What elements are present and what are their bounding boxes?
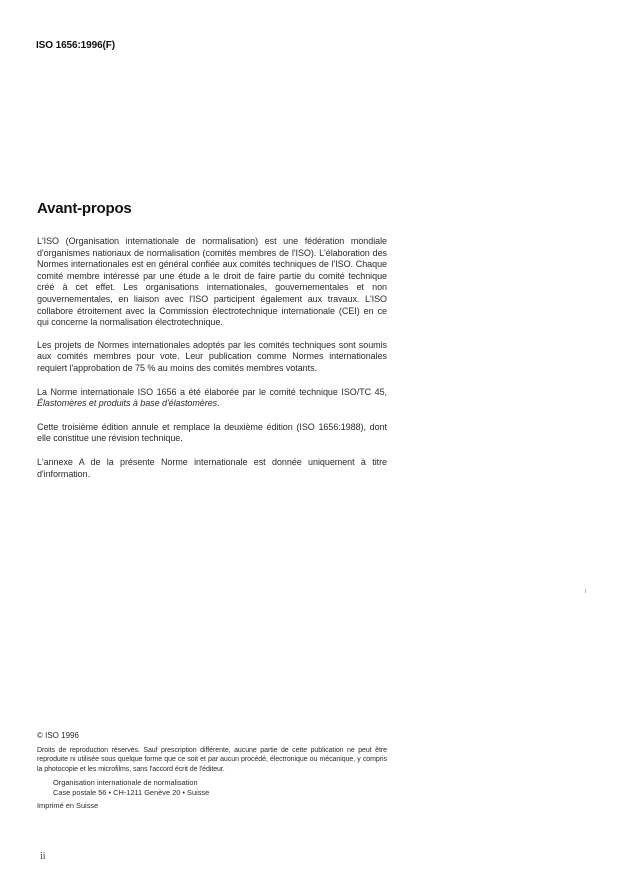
copyright-notice: © ISO 1996 — [37, 731, 387, 741]
foreword-paragraph-5: L'annexe A de la présente Norme internat… — [37, 457, 387, 480]
committee-title: Élastomères et produits à base d'élastom… — [37, 398, 217, 408]
foreword-paragraph-3: La Norme internationale ISO 1656 a été é… — [37, 387, 387, 410]
copyright-block: © ISO 1996 Droits de reproduction réserv… — [37, 731, 387, 811]
publisher-address: Organisation internationale de normalisa… — [37, 778, 387, 797]
page-number: ii — [40, 851, 46, 862]
scan-artifact — [585, 589, 586, 593]
section-title-foreword: Avant-propos — [37, 200, 132, 217]
printed-in: Imprimé en Suisse — [37, 801, 387, 811]
foreword-body: L'ISO (Organisation internationale de no… — [37, 236, 387, 490]
foreword-paragraph-1: L'ISO (Organisation internationale de no… — [37, 236, 387, 329]
foreword-paragraph-2: Les projets de Normes internationales ad… — [37, 340, 387, 375]
publisher-name: Organisation internationale de normalisa… — [53, 778, 387, 788]
paragraph-3-prefix: La Norme internationale ISO 1656 a été é… — [37, 387, 387, 397]
standard-identifier: ISO 1656:1996(F) — [36, 40, 115, 51]
foreword-paragraph-4: Cette troisième édition annule et rempla… — [37, 422, 387, 445]
reproduction-rights: Droits de reproduction réservés. Sauf pr… — [37, 746, 387, 774]
publisher-postal-address: Case postale 56 • CH-1211 Genève 20 • Su… — [53, 788, 387, 798]
paragraph-3-suffix: . — [217, 398, 219, 408]
